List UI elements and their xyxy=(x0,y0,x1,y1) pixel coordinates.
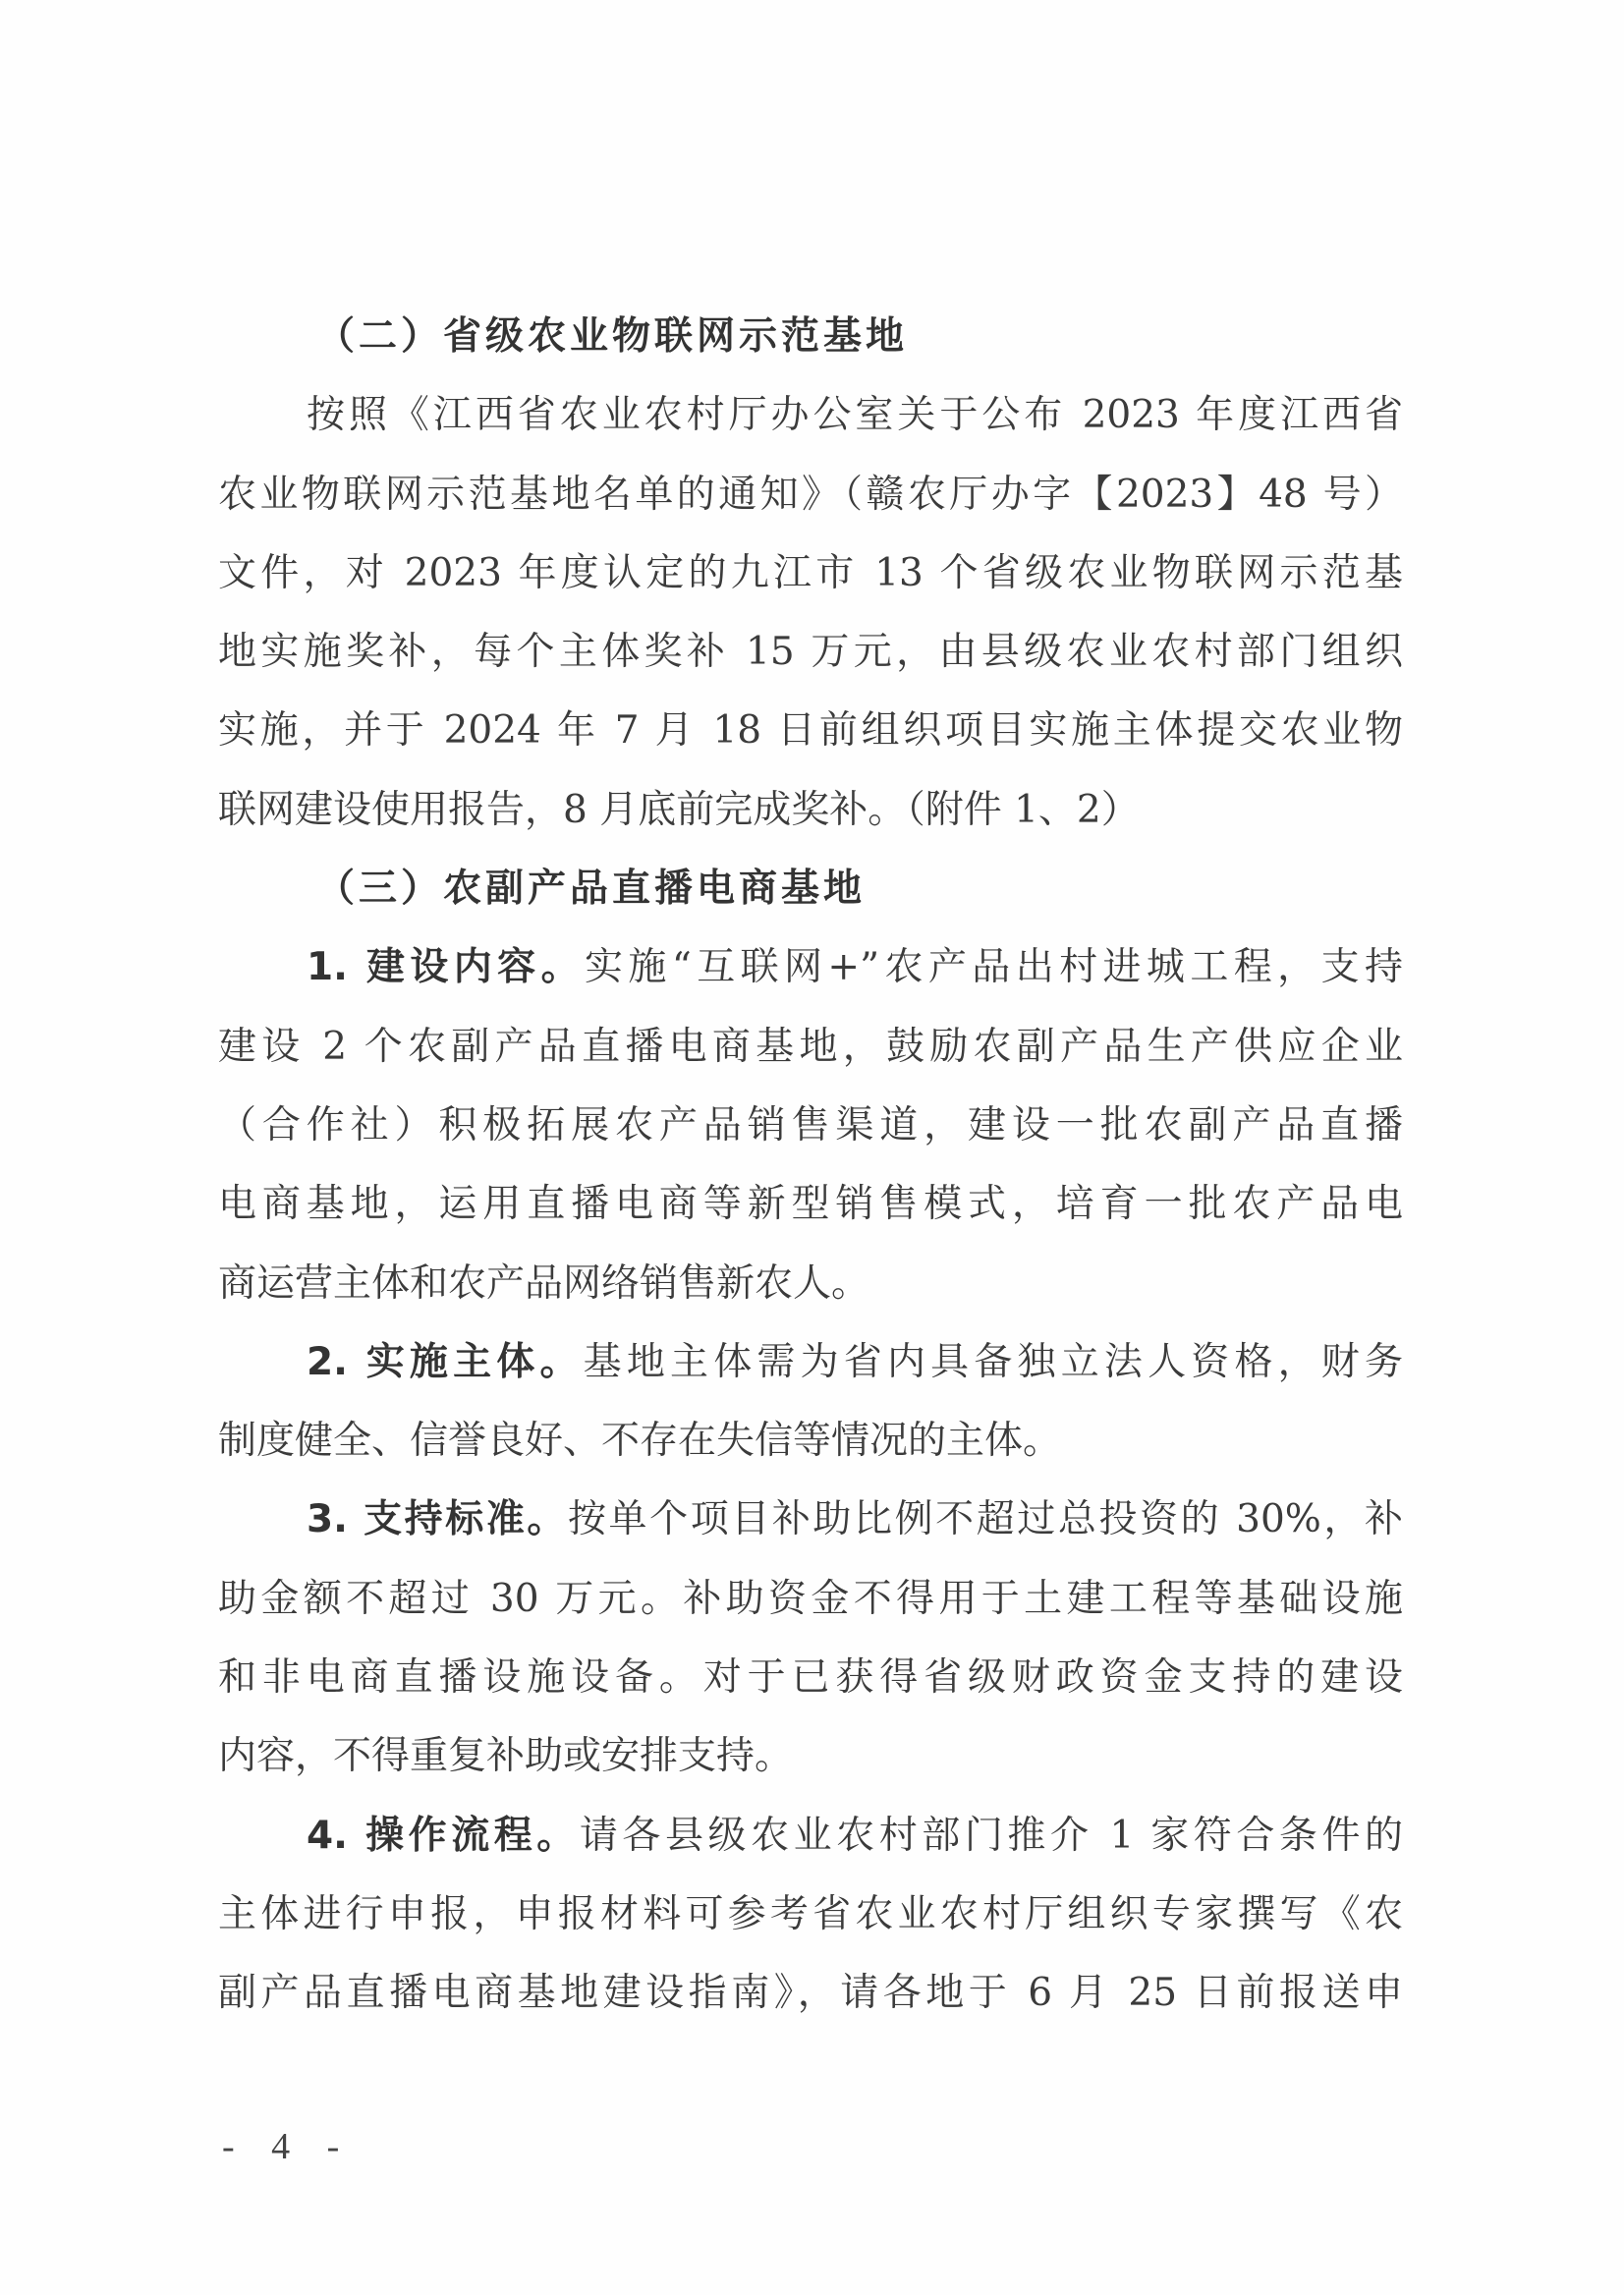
section-heading-livestream-ecommerce-base: （三）农副产品直播电商基地 xyxy=(218,850,1403,928)
paragraph-line: 实施，并于 2024 年 7 月 18 日前组织项目实施主体提交农业物 xyxy=(218,692,1403,770)
item-1-lead: 1. 建设内容。 xyxy=(307,945,585,989)
item-4-lead: 4. 操作流程。 xyxy=(307,1814,580,1858)
item-3-text: 按单个项目补助比例不超过总投资的 30%，补 xyxy=(568,1497,1403,1541)
paragraph-line: 农业物联网示范基地名单的通知》（赣农厅办字【2023】48 号） xyxy=(218,456,1403,534)
paragraph-line: 制度健全、信誉良好、不存在失信等情况的主体。 xyxy=(218,1402,1403,1481)
item-4-first-line: 4. 操作流程。请各县级农业农村部门推介 1 家符合条件的 xyxy=(218,1797,1403,1875)
item-2-first-line: 2. 实施主体。基地主体需为省内具备独立法人资格，财务 xyxy=(218,1323,1403,1402)
paragraph-line: 按照《江西省农业农村厅办公室关于公布 2023 年度江西省 xyxy=(218,376,1403,455)
paragraph-line: （合作社）积极拓展农产品销售渠道，建设一批农副产品直播 xyxy=(218,1087,1403,1165)
document-body: （二）省级农业物联网示范基地 按照《江西省农业农村厅办公室关于公布 2023 年… xyxy=(218,298,1403,2034)
item-2-lead: 2. 实施主体。 xyxy=(307,1340,584,1384)
section-heading-provincial-iot-base: （二）省级农业物联网示范基地 xyxy=(218,298,1403,376)
item-4-text: 请各县级农业农村部门推介 1 家符合条件的 xyxy=(580,1814,1403,1858)
paragraph-line: 副产品直播电商基地建设指南》，请各地于 6 月 25 日前报送申 xyxy=(218,1954,1403,2033)
paragraph-line: 文件，对 2023 年度认定的九江市 13 个省级农业物联网示范基 xyxy=(218,534,1403,613)
document-page: （二）省级农业物联网示范基地 按照《江西省农业农村厅办公室关于公布 2023 年… xyxy=(0,0,1624,2295)
paragraph-line: 地实施奖补，每个主体奖补 15 万元，由县级农业农村部门组织 xyxy=(218,613,1403,692)
item-3-first-line: 3. 支持标准。按单个项目补助比例不超过总投资的 30%，补 xyxy=(218,1481,1403,1559)
paragraph-line: 主体进行申报，申报材料可参考省农业农村厅组织专家撰写《农 xyxy=(218,1875,1403,1954)
paragraph-line: 内容，不得重复补助或安排支持。 xyxy=(218,1717,1403,1796)
item-3-lead: 3. 支持标准。 xyxy=(307,1497,568,1541)
item-2-text: 基地主体需为省内具备独立法人资格，财务 xyxy=(584,1340,1403,1384)
item-1-text: 实施“互联网+”农产品出村进城工程，支持 xyxy=(585,945,1403,989)
paragraph-line: 和非电商直播设施设备。对于已获得省级财政资金支持的建设 xyxy=(218,1639,1403,1717)
page-number: - 4 - xyxy=(222,2122,353,2171)
paragraph-line: 商运营主体和农产品网络销售新农人。 xyxy=(218,1245,1403,1323)
paragraph-line: 联网建设使用报告，8 月底前完成奖补。（附件 1、2） xyxy=(218,771,1403,850)
paragraph-line: 电商基地，运用直播电商等新型销售模式，培育一批农产品电 xyxy=(218,1165,1403,1244)
paragraph-line: 助金额不超过 30 万元。补助资金不得用于土建工程等基础设施 xyxy=(218,1560,1403,1639)
item-1-first-line: 1. 建设内容。实施“互联网+”农产品出村进城工程，支持 xyxy=(218,928,1403,1007)
paragraph-line: 建设 2 个农副产品直播电商基地，鼓励农副产品生产供应企业 xyxy=(218,1008,1403,1087)
